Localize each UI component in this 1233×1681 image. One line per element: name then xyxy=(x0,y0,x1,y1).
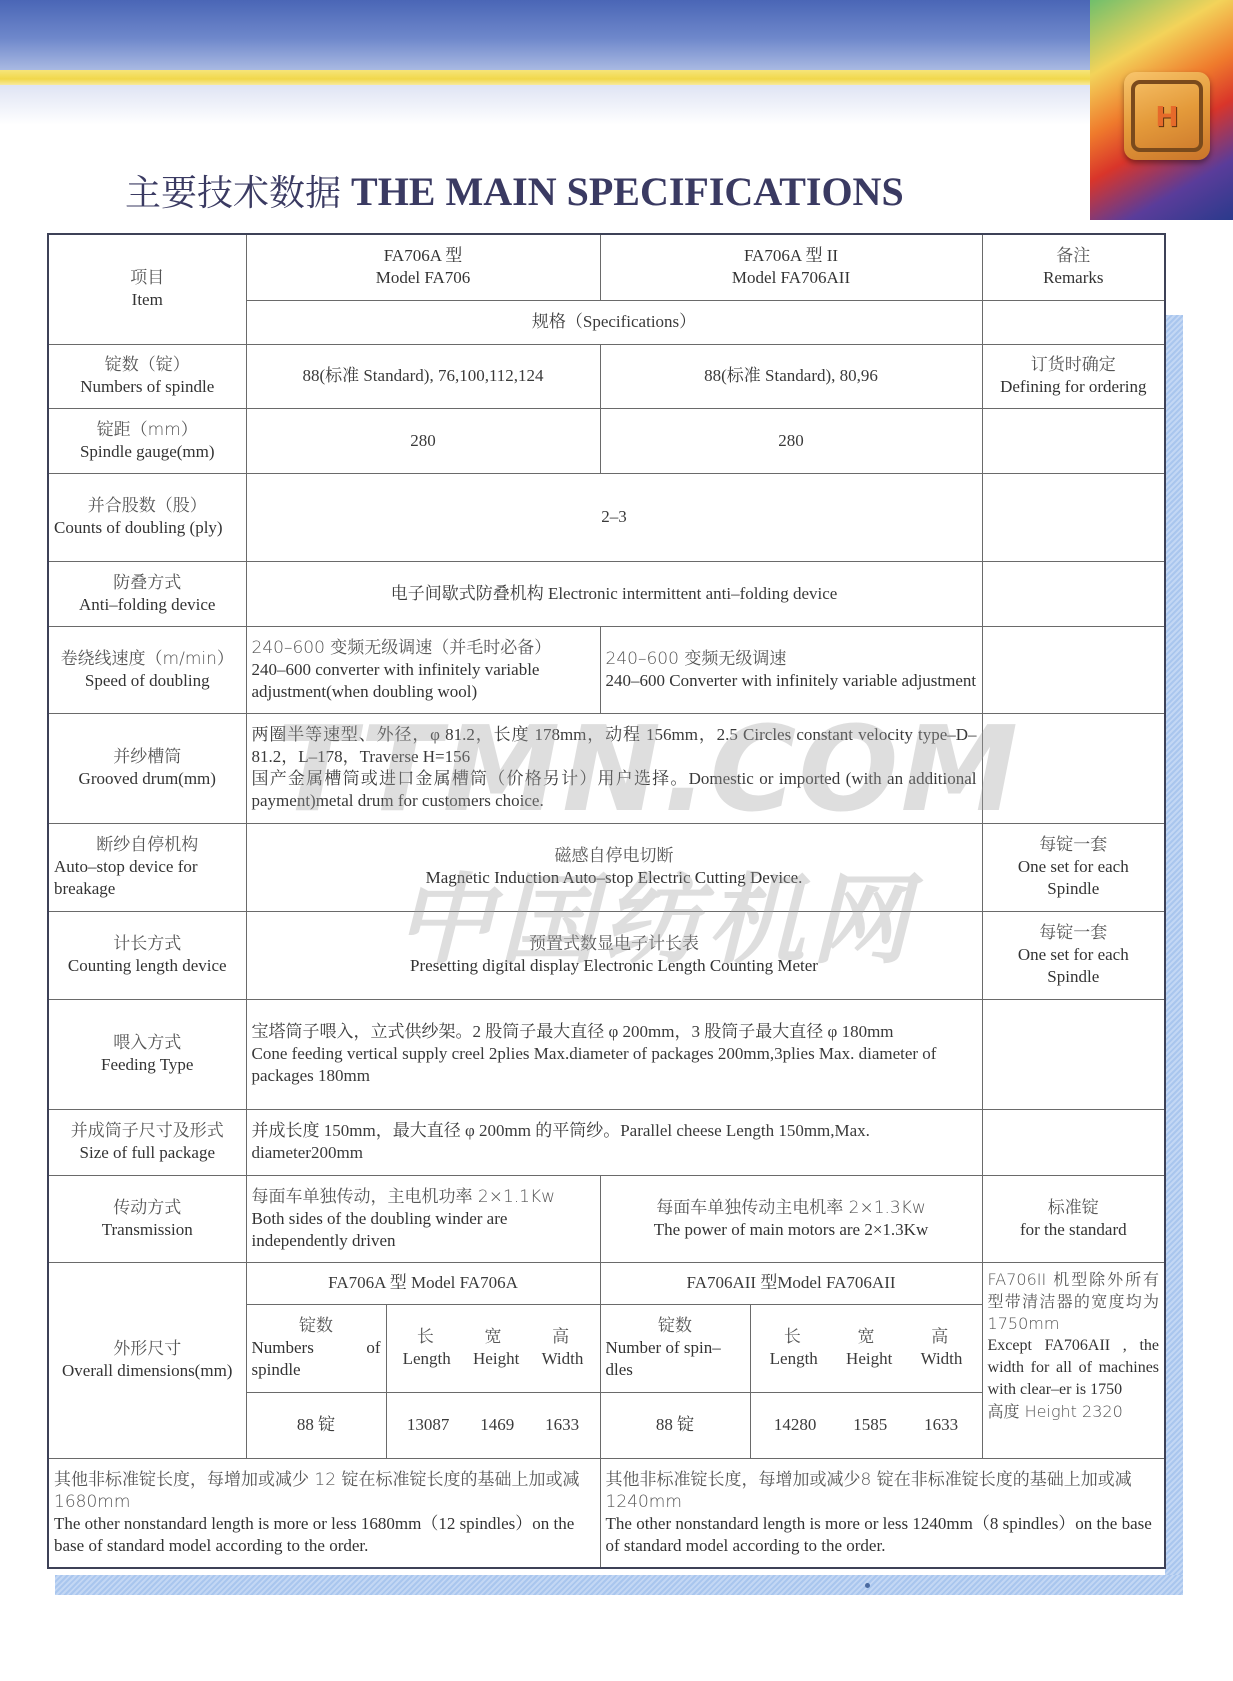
model1-lhw-zh: 长 宽 高 xyxy=(392,1326,595,1348)
row-label-en: Counts of doubling (ply) xyxy=(54,517,241,539)
remarks-en: One set for each Spindle xyxy=(988,856,1160,900)
row-label-en: Grooved drum(mm) xyxy=(54,768,241,790)
table-row: 防叠方式 Anti–folding device 电子间歇式防叠机构 Elect… xyxy=(48,561,1165,626)
row-label: 并合股数（股） Counts of doubling (ply) xyxy=(48,473,246,561)
row-label-en: Speed of doubling xyxy=(54,670,241,692)
footer-row: 其他非标准锭长度，每增加或减少 12 锭在标准锭长度的基础上加或减 1680mm… xyxy=(48,1458,1165,1568)
remarks-header-en: Remarks xyxy=(988,267,1160,289)
remarks-value xyxy=(982,999,1165,1109)
table-row: 传动方式 Transmission 每面车单独传动，主电机功率 2×1.1Kw … xyxy=(48,1175,1165,1262)
height-en: Height xyxy=(473,1348,519,1370)
model1-value-zh: 240–600 变频无级调速（并毛时必备） xyxy=(252,637,595,659)
table-shadow-right xyxy=(1165,315,1183,1595)
remarks-value: 订货时确定 Defining for ordering xyxy=(982,344,1165,408)
model2-spindle-header-en: Number of spin–dles xyxy=(606,1337,745,1381)
merged-value-en: Magnetic Induction Auto–stop Electric Cu… xyxy=(252,867,977,889)
height-zh: 高 xyxy=(931,1326,948,1348)
row-label-zh: 并成筒子尺寸及形式 xyxy=(54,1120,241,1142)
remarks-en: for the standard xyxy=(988,1219,1160,1241)
model1-value-en: 240–600 converter with infinitely variab… xyxy=(252,659,595,703)
row-label-en: Feeding Type xyxy=(54,1054,241,1076)
model2-length: 14280 xyxy=(774,1414,817,1436)
row-label: 断纱自停机构 Auto–stop device for breakage xyxy=(48,823,246,911)
row-label: 喂入方式 Feeding Type xyxy=(48,999,246,1109)
remarks-value: 每锭一套 One set for each Spindle xyxy=(982,823,1165,911)
model1-header-zh: FA706A 型 xyxy=(252,245,595,267)
table-row: 断纱自停机构 Auto–stop device for breakage 磁感自… xyxy=(48,823,1165,911)
model1-value-zh: 每面车单独传动，主电机功率 2×1.1Kw xyxy=(252,1186,595,1208)
row-label-zh: 喂入方式 xyxy=(54,1032,241,1054)
remarks-value xyxy=(982,561,1165,626)
page-title-en: THE MAIN SPECIFICATIONS xyxy=(351,169,904,214)
specifications-subheader: 规格（Specifications） xyxy=(246,300,982,344)
model2-lhw-header: 长 宽 高 Length Height Width xyxy=(750,1304,982,1392)
model1-value: 280 xyxy=(246,408,600,473)
model2-lhw-en: Length Height Width xyxy=(756,1348,977,1370)
footer-note-model1: 其他非标准锭长度，每增加或减少 12 锭在标准锭长度的基础上加或减 1680mm… xyxy=(48,1458,600,1568)
row-label-zh: 锭数（锭） xyxy=(54,354,241,376)
dimensions-label-zh: 外形尺寸 xyxy=(54,1338,241,1360)
model1-lhw-values: 13087 1469 1633 xyxy=(386,1392,600,1458)
dimensions-remarks: FA706II 机型除外所有型带清洁器的宽度均为 1750mm Except F… xyxy=(982,1262,1165,1458)
merged-value-zh: 预置式数显电子计长表 xyxy=(252,933,977,955)
model2-value: 240–600 变频无级调速 240–600 Converter with in… xyxy=(600,626,982,713)
footer-note-model2: 其他非标准锭长度，每增加或减少8 锭在非标准锭长度的基础上加或减 1240mm … xyxy=(600,1458,1165,1568)
table-row: 喂入方式 Feeding Type 宝塔筒子喂入，立式供纱架。2 股筒子最大直径… xyxy=(48,999,1165,1109)
footer-note-model2-zh: 其他非标准锭长度，每增加或减少8 锭在非标准锭长度的基础上加或减 1240mm xyxy=(606,1469,1160,1513)
row-label-zh: 卷绕线速度（m/min） xyxy=(54,648,241,670)
remarks-value xyxy=(982,626,1165,713)
model2-value-en: The power of main motors are 2×1.3Kw xyxy=(606,1219,977,1241)
table-row: 并合股数（股） Counts of doubling (ply) 2–3 xyxy=(48,473,1165,561)
row-label-zh: 防叠方式 xyxy=(54,572,241,594)
remarks-value xyxy=(982,473,1165,561)
height-zh: 高 xyxy=(552,1326,569,1348)
model2-spindle-header: 锭数 Number of spin–dles xyxy=(600,1304,750,1392)
row-label: 并纱槽筒 Grooved drum(mm) xyxy=(48,713,246,823)
row-label-en: Size of full package xyxy=(54,1142,241,1164)
remarks-value: 标准锭 for the standard xyxy=(982,1175,1165,1262)
model1-lhw-en: Length Height Width xyxy=(392,1348,595,1370)
row-label: 卷绕线速度（m/min） Speed of doubling xyxy=(48,626,246,713)
model2-value-en: 240–600 Converter with infinitely variab… xyxy=(606,670,977,692)
item-header-en: Item xyxy=(54,289,241,311)
row-label-zh: 断纱自停机构 xyxy=(54,834,241,856)
model1-value-en: Both sides of the doubling winder are in… xyxy=(252,1208,595,1252)
remarks-header: 备注 Remarks xyxy=(982,234,1165,300)
row-label: 并成筒子尺寸及形式 Size of full package xyxy=(48,1109,246,1175)
model1-height: 1469 xyxy=(480,1414,514,1436)
length-zh: 长 xyxy=(784,1326,801,1348)
remarks-en: Defining for ordering xyxy=(988,376,1160,398)
merged-value-line2: 国产金属槽筒或进口金属槽筒（价格另计）用户选择。Domestic or impo… xyxy=(252,768,977,812)
model2-header-en: Model FA706AII xyxy=(606,267,977,289)
width-zh: 宽 xyxy=(858,1326,875,1348)
table-shadow-bottom xyxy=(55,1575,1183,1595)
model1-spindle-header-en: Numbers of spindle xyxy=(252,1337,381,1381)
footer-note-model2-en: The other nonstandard length is more or … xyxy=(606,1513,1160,1557)
page-title: 主要技术数据 THE MAIN SPECIFICATIONS xyxy=(125,165,904,216)
model2-header: FA706A 型 II Model FA706AII xyxy=(600,234,982,300)
row-label-en: Auto–stop device for breakage xyxy=(54,856,241,900)
header-fade xyxy=(0,85,1090,125)
row-label-zh: 传动方式 xyxy=(54,1197,241,1219)
merged-value-en: Presetting digital display Electronic Le… xyxy=(252,955,977,977)
logo-mark: H xyxy=(1131,80,1203,152)
table-row: 并纱槽筒 Grooved drum(mm) 两圈半等速型、外径，φ 81.2，长… xyxy=(48,713,1165,823)
dimensions-model2-title: FA706AII 型Model FA706AII xyxy=(600,1262,982,1304)
merged-value-line1: 两圈半等速型、外径，φ 81.2，长度 178mm，动程 156mm，2.5 C… xyxy=(252,724,977,768)
remarks-en: One set for each Spindle xyxy=(988,944,1160,988)
specifications-table: 项目 Item FA706A 型 Model FA706 FA706A 型 II… xyxy=(47,233,1166,1569)
row-label-en: Transmission xyxy=(54,1219,241,1241)
merged-value-en: Cone feeding vertical supply creel 2plie… xyxy=(252,1043,977,1087)
model1-length: 13087 xyxy=(407,1414,450,1436)
model1-value: 每面车单独传动，主电机功率 2×1.1Kw Both sides of the … xyxy=(246,1175,600,1262)
model2-value: 每面车单独传动主电机率 2×1.3Kw The power of main mo… xyxy=(600,1175,982,1262)
table-row: 锭数（锭） Numbers of spindle 88(标准 Standard)… xyxy=(48,344,1165,408)
length-zh: 长 xyxy=(417,1326,434,1348)
remarks-value xyxy=(982,408,1165,473)
merged-value: 2–3 xyxy=(246,473,982,561)
remarks-header-zh: 备注 xyxy=(988,245,1160,267)
length-en: Length xyxy=(403,1348,451,1370)
decorative-dot xyxy=(865,1583,870,1588)
merged-value: 预置式数显电子计长表 Presetting digital display El… xyxy=(246,911,982,999)
remarks-value xyxy=(982,713,1165,823)
model2-spindles-value: 88 锭 xyxy=(600,1392,750,1458)
row-label-en: Spindle gauge(mm) xyxy=(54,441,241,463)
dimensions-label: 外形尺寸 Overall dimensions(mm) xyxy=(48,1262,246,1458)
row-label: 传动方式 Transmission xyxy=(48,1175,246,1262)
model1-header: FA706A 型 Model FA706 xyxy=(246,234,600,300)
merged-value: 并成长度 150mm，最大直径 φ 200mm 的平筒纱。Parallel ch… xyxy=(246,1109,982,1175)
merged-value: 宝塔筒子喂入，立式供纱架。2 股筒子最大直径 φ 200mm，3 股筒子最大直径… xyxy=(246,999,982,1109)
length-en: Length xyxy=(770,1348,818,1370)
merged-value-zh: 宝塔筒子喂入，立式供纱架。2 股筒子最大直径 φ 200mm，3 股筒子最大直径… xyxy=(252,1021,977,1043)
width-en: Width xyxy=(542,1348,584,1370)
item-header: 项目 Item xyxy=(48,234,246,344)
model2-value: 280 xyxy=(600,408,982,473)
row-label-zh: 计长方式 xyxy=(54,933,241,955)
model1-header-en: Model FA706 xyxy=(252,267,595,289)
model1-spindle-header-zh: 锭数 xyxy=(252,1315,381,1337)
row-label-zh: 锭距（mm） xyxy=(54,419,241,441)
model1-spindles-text: 88 锭 xyxy=(297,1415,335,1434)
remarks-zh: 订货时确定 xyxy=(988,354,1160,376)
table-row: 计长方式 Counting length device 预置式数显电子计长表 P… xyxy=(48,911,1165,999)
model1-lhw-header: 长 宽 高 Length Height Width xyxy=(386,1304,600,1392)
model2-value-zh: 240–600 变频无级调速 xyxy=(606,648,977,670)
dimensions-model1-title: FA706A 型 Model FA706A xyxy=(246,1262,600,1304)
table-row: 卷绕线速度（m/min） Speed of doubling 240–600 变… xyxy=(48,626,1165,713)
row-label: 防叠方式 Anti–folding device xyxy=(48,561,246,626)
remarks-zh: 每锭一套 xyxy=(988,922,1160,944)
model1-width: 1633 xyxy=(545,1414,579,1436)
jh-logo-icon: H xyxy=(1124,72,1210,160)
height-en: Height xyxy=(846,1348,892,1370)
footer-note-model1-zh: 其他非标准锭长度，每增加或减少 12 锭在标准锭长度的基础上加或减 1680mm xyxy=(54,1469,595,1513)
merged-value: 磁感自停电切断 Magnetic Induction Auto–stop Ele… xyxy=(246,823,982,911)
dimensions-title-row: 外形尺寸 Overall dimensions(mm) FA706A 型 Mod… xyxy=(48,1262,1165,1304)
width-en: Width xyxy=(921,1348,963,1370)
row-label-zh: 并纱槽筒 xyxy=(54,746,241,768)
model2-header-zh: FA706A 型 II xyxy=(606,245,977,267)
item-header-zh: 项目 xyxy=(54,267,241,289)
table-row: 锭距（mm） Spindle gauge(mm) 280 280 xyxy=(48,408,1165,473)
dimensions-remarks-en: Except FA706AII , the width for all of m… xyxy=(988,1335,1160,1401)
row-label-en: Numbers of spindle xyxy=(54,376,241,398)
model1-value: 88(标准 Standard), 76,100,112,124 xyxy=(246,344,600,408)
remarks-empty xyxy=(982,300,1165,344)
table-row: 并成筒子尺寸及形式 Size of full package 并成长度 150m… xyxy=(48,1109,1165,1175)
remarks-zh: 每锭一套 xyxy=(988,834,1160,856)
footer-note-model1-en: The other nonstandard length is more or … xyxy=(54,1513,595,1557)
model1-spindles-value: 88 锭 xyxy=(246,1392,386,1458)
row-label-zh: 并合股数（股） xyxy=(54,495,241,517)
model2-lhw-values: 14280 1585 1633 xyxy=(750,1392,982,1458)
model1-value: 240–600 变频无级调速（并毛时必备） 240–600 converter … xyxy=(246,626,600,713)
dimensions-label-en: Overall dimensions(mm) xyxy=(54,1360,241,1382)
row-label-en: Anti–folding device xyxy=(54,594,241,616)
model1-spindle-header: 锭数 Numbers of spindle xyxy=(246,1304,386,1392)
remarks-zh: 标准锭 xyxy=(988,1197,1160,1219)
dimensions-remarks-zh: FA706II 机型除外所有型带清洁器的宽度均为 1750mm xyxy=(988,1269,1160,1335)
model2-lhw-values-row: 14280 1585 1633 xyxy=(756,1414,977,1436)
model2-value: 88(标准 Standard), 80,96 xyxy=(600,344,982,408)
header-stripe xyxy=(0,70,1090,85)
remarks-value xyxy=(982,1109,1165,1175)
model2-spindle-header-zh: 锭数 xyxy=(606,1315,745,1337)
model2-value-zh: 每面车单独传动主电机率 2×1.3Kw xyxy=(606,1197,977,1219)
remarks-value: 每锭一套 One set for each Spindle xyxy=(982,911,1165,999)
header-banner xyxy=(0,0,1090,70)
merged-value-zh: 磁感自停电切断 xyxy=(252,845,977,867)
model2-spindles-text: 88 锭 xyxy=(656,1415,694,1434)
row-label: 锭距（mm） Spindle gauge(mm) xyxy=(48,408,246,473)
merged-value: 电子间歇式防叠机构 Electronic intermittent anti–f… xyxy=(246,561,982,626)
row-label: 计长方式 Counting length device xyxy=(48,911,246,999)
model2-lhw-zh: 长 宽 高 xyxy=(756,1326,977,1348)
dimensions-remarks-height: 高度 Height 2320 xyxy=(988,1401,1160,1423)
model2-height: 1585 xyxy=(853,1414,887,1436)
model1-lhw-values-row: 13087 1469 1633 xyxy=(392,1414,595,1436)
table-header-row: 项目 Item FA706A 型 Model FA706 FA706A 型 II… xyxy=(48,234,1165,300)
merged-value: 两圈半等速型、外径，φ 81.2，长度 178mm，动程 156mm，2.5 C… xyxy=(246,713,982,823)
width-zh: 宽 xyxy=(485,1326,502,1348)
row-label: 锭数（锭） Numbers of spindle xyxy=(48,344,246,408)
model2-width: 1633 xyxy=(924,1414,958,1436)
row-label-en: Counting length device xyxy=(54,955,241,977)
page-title-zh: 主要技术数据 xyxy=(125,173,341,214)
